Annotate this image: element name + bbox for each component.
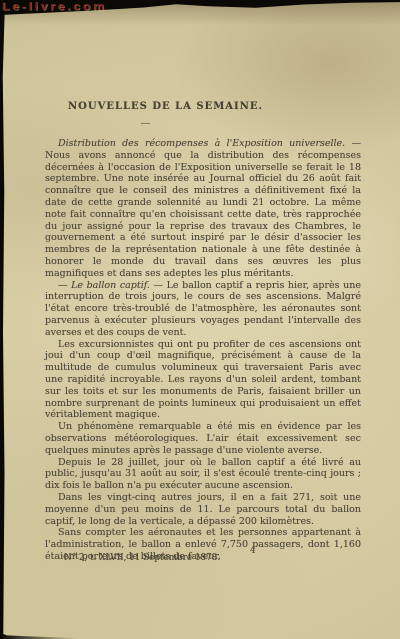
paragraph-lead: — Le ballon captif.	[58, 280, 150, 291]
paragraph-text: — Nous avons annoncé que la distribution…	[45, 138, 361, 279]
scanned-page: Le-livre.com NOUVELLES DE LA SEMAINE. — …	[0, 0, 400, 639]
paragraph: Les excursionnistes qui ont pu profiter …	[45, 339, 361, 422]
watermark: Le-livre.com	[2, 1, 107, 13]
page-title: NOUVELLES DE LA SEMAINE.	[68, 101, 223, 112]
paragraph: Dans les vingt-cinq autres jours, il en …	[45, 492, 361, 527]
paragraph: Un phénomène remarquable a été mis en év…	[45, 421, 361, 456]
paragraph-text: Dans les vingt-cinq autres jours, il en …	[45, 492, 361, 527]
footer-issue-line: N° 2, t. XLVII, 11 Septembre 1878.	[64, 553, 220, 563]
title-rule: —	[68, 118, 223, 129]
paragraph-text: Les excursionnistes qui ont pu profiter …	[45, 339, 361, 421]
paragraph-text: Un phénomène remarquable a été mis en év…	[45, 421, 361, 456]
paragraph-text: Depuis le 28 juillet, jour où le ballon …	[45, 457, 361, 492]
signature-mark: 4	[250, 546, 256, 556]
paragraph-lead: Distribution des récompenses à l'Exposit…	[58, 138, 345, 149]
paragraph: Distribution des récompenses à l'Exposit…	[45, 138, 361, 280]
paragraph: — Le ballon captif. — Le ballon captif a…	[45, 280, 361, 339]
paragraph: Depuis le 28 juillet, jour où le ballon …	[45, 457, 361, 492]
article: Distribution des récompenses à l'Exposit…	[45, 138, 361, 563]
